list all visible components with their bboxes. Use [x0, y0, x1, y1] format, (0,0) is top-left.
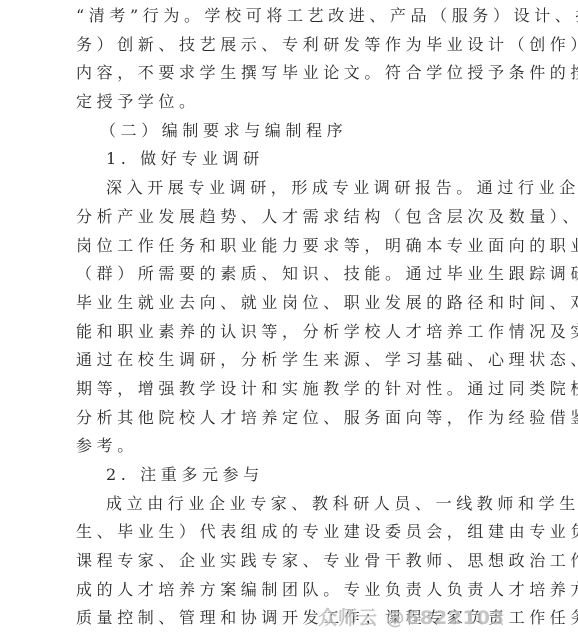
paragraph-line: 能和职业素养的认识等，分析学校人才培养工作情况及实施成效。	[76, 318, 508, 347]
paragraph-line: “清考”行为。学校可将工艺改进、产品（服务）设计、技术（服	[76, 2, 508, 31]
watermark: 众师云 @6822103	[318, 603, 505, 630]
paragraph-line: 务）创新、技艺展示、专利研发等作为毕业设计（创作）的重要	[76, 31, 508, 60]
paragraph-line: 课程专家、企业实践专家、专业骨干教师、思想政治工作队伍组	[76, 547, 508, 576]
subsection-title: 2. 注重多元参与	[76, 461, 508, 490]
paragraph-line: 生、毕业生）代表组成的专业建设委员会，组建由专业负责人、	[76, 518, 508, 547]
paragraph-line: 毕业生就业去向、就业岗位、职业发展的路径和时间、对职业技	[76, 289, 508, 318]
paragraph-line: 定授予学位。	[76, 88, 508, 117]
paragraph-line: 分析产业发展趋势、人才需求结构（包含层次及数量）、岗位及	[76, 203, 508, 232]
section-heading: （二）编制要求与编制程序	[76, 117, 508, 146]
paragraph-line: 岗位工作任务和职业能力要求等，明确本专业面向的职业岗位	[76, 232, 508, 261]
subsection-title: 1. 做好专业调研	[76, 145, 508, 174]
paragraph-line: 成立由行业企业专家、教科研人员、一线教师和学生（在校	[76, 490, 508, 519]
document-page: “清考”行为。学校可将工艺改进、产品（服务）设计、技术（服 务）创新、技艺展示、…	[76, 2, 508, 633]
paragraph-line: 期等，增强教学设计和实施教学的针对性。通过同类院校调研，	[76, 375, 508, 404]
paragraph-line: （群）所需要的素质、知识、技能。通过毕业生跟踪调研，分析	[76, 260, 508, 289]
paragraph-line: 成的人才培养方案编制团队。专业负责人负责人才培养方案整体	[76, 576, 508, 605]
paragraph-line: 参考。	[76, 432, 508, 461]
paragraph-line: 分析其他院校人才培养定位、服务面向等，作为经验借鉴和发展	[76, 404, 508, 433]
paragraph-line: 深入开展专业调研，形成专业调研报告。通过行业企业调研，	[76, 174, 508, 203]
paragraph-line: 通过在校生调研，分析学生来源、学习基础、心理状态、就业预	[76, 346, 508, 375]
paragraph-line: 内容，不要求学生撰写毕业论文。符合学位授予条件的按有关规	[76, 59, 508, 88]
